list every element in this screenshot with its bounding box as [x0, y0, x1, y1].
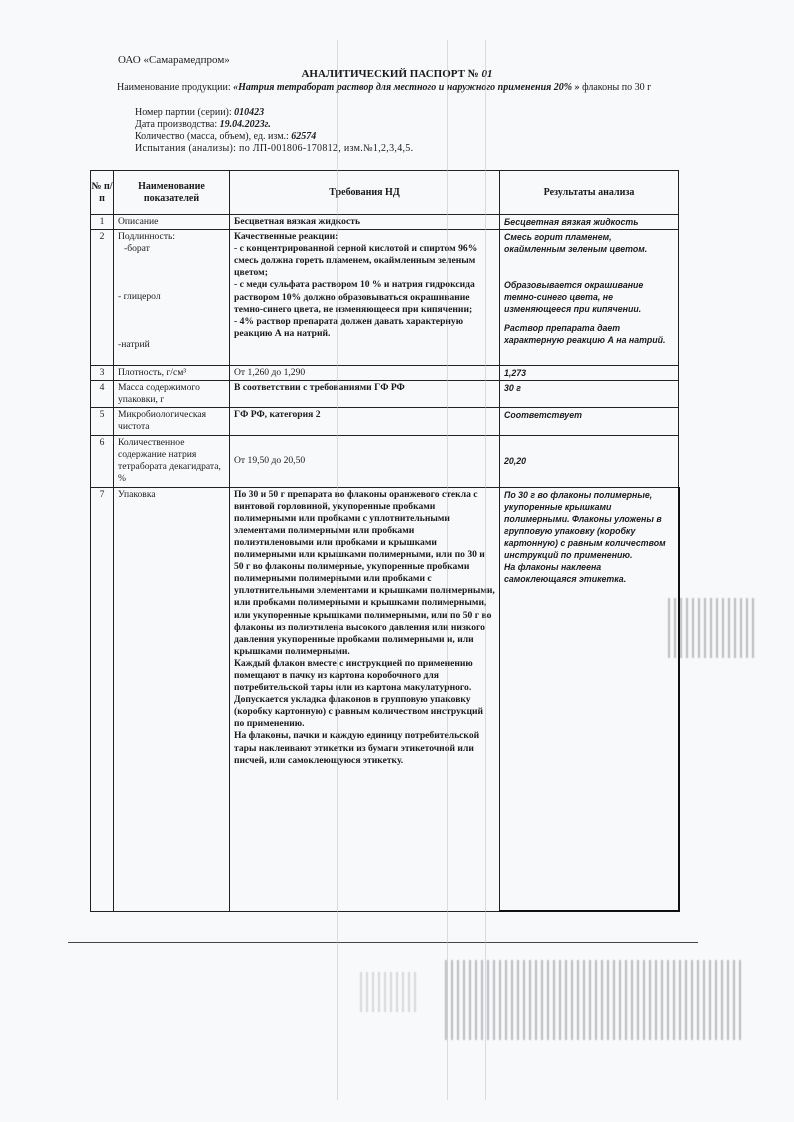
table-row: 7 Упаковка По 30 и 50 г препарата во фла…: [91, 487, 679, 911]
result: Бесцветная вязкая жидкость: [500, 215, 679, 230]
indicator-name: Упаковка: [114, 487, 230, 911]
table-row: 3 Плотность, г/см³ От 1,260 до 1,290 1,2…: [91, 366, 679, 381]
row-number: 5: [91, 408, 114, 435]
tests-value: по ЛП-001806-170812, изм.№1,2,3,4,5.: [239, 143, 413, 154]
requirement-borate: - с концентрированной серной кислотой и …: [234, 243, 495, 279]
requirement-sodium: - 4% раствор препарата должен давать хар…: [234, 316, 495, 340]
result: Смесь горит пламенем, окаймленным зелены…: [500, 230, 679, 366]
row-number: 1: [91, 215, 114, 230]
result: 30 г: [500, 381, 679, 408]
indicator-name: Количественное содержание натрия тетрабо…: [114, 435, 230, 487]
requirement: Качественные реакции: - с концентрирован…: [230, 230, 500, 366]
col-header-indicator: Наименование показателей: [114, 171, 230, 215]
row-number: 2: [91, 230, 114, 366]
analysis-table: № п/ п Наименование показателей Требован…: [90, 170, 680, 912]
title-prefix: АНАЛИТИЧЕСКИЙ ПАСПОРТ №: [301, 68, 478, 80]
col-header-number: № п/ п: [91, 171, 114, 215]
row-number: 7: [91, 487, 114, 911]
quantity-label: Количество (масса, объем), ед. изм.:: [135, 131, 289, 142]
bottom-divider: [68, 942, 698, 943]
indicator-name: Подлинность: -борат - глицерол -натрий: [114, 230, 230, 366]
product-suffix: флаконы по 30 г: [582, 82, 651, 93]
table-row: 5 Микробиологическая чистота ГФ РФ, кате…: [91, 408, 679, 435]
row-number: 4: [91, 381, 114, 408]
table-row: 4 Масса содержимого упаковки, г В соотве…: [91, 381, 679, 408]
date-value: 19.04.2023г.: [220, 119, 271, 130]
requirement: В соответствии с требованиями ГФ РФ: [230, 381, 500, 408]
result: 1,273: [500, 366, 679, 381]
document-title: АНАЛИТИЧЕСКИЙ ПАСПОРТ № 01: [0, 68, 794, 80]
table-row: 1 Описание Бесцветная вязкая жидкость Бе…: [91, 215, 679, 230]
batch-value: 010423: [234, 107, 264, 118]
indicator-sub-sodium: -натрий: [118, 339, 225, 351]
col-header-results: Результаты анализа: [500, 171, 679, 215]
requirement: От 1,260 до 1,290: [230, 366, 500, 381]
product-value: «Натрия тетраборат раствор для местного …: [233, 82, 579, 93]
scan-fold-line: [485, 40, 486, 1100]
requirement: Бесцветная вязкая жидкость: [230, 215, 500, 230]
col-header-requirements: Требования НД: [230, 171, 500, 215]
row-number: 6: [91, 435, 114, 487]
scan-fold-line: [447, 40, 448, 1100]
table-row: 2 Подлинность: -борат - глицерол -натрий…: [91, 230, 679, 366]
indicator-name: Микробиологическая чистота: [114, 408, 230, 435]
requirement-glycerol: - с меди сульфата раствором 10 % и натри…: [234, 279, 495, 315]
product-label: Наименование продукции:: [117, 82, 231, 93]
scan-noise: [360, 972, 420, 1012]
requirement: По 30 и 50 г препарата во флаконы оранже…: [230, 487, 500, 911]
scan-noise: [668, 598, 758, 658]
product-line: Наименование продукции: «Натрия тетрабор…: [117, 81, 677, 94]
quantity-value: 62574: [291, 131, 316, 142]
indicator-sub-glycerol: - глицерол: [118, 291, 225, 303]
scan-noise: [445, 960, 745, 1040]
indicator-title: Подлинность:: [118, 231, 225, 243]
requirement-head: Качественные реакции:: [234, 231, 495, 243]
result: По 30 г во флаконы полимерные, укупоренн…: [500, 487, 679, 911]
indicator-sub-borate: -борат: [118, 243, 225, 255]
result-sodium: Раствор препарата дает характерную реакц…: [504, 322, 674, 346]
passport-number: 01: [482, 68, 493, 80]
result-borate: Смесь горит пламенем, окаймленным зелены…: [504, 231, 674, 255]
indicator-name: Плотность, г/см³: [114, 366, 230, 381]
result-glycerol: Образовывается окрашивание темно-синего …: [504, 279, 674, 315]
requirement: От 19,50 до 20,50: [230, 435, 500, 487]
row-number: 3: [91, 366, 114, 381]
company-name: ОАО «Самарамедпром»: [118, 54, 230, 66]
indicator-name: Масса содержимого упаковки, г: [114, 381, 230, 408]
scan-fold-line: [337, 40, 338, 1100]
result: Соответствует: [500, 408, 679, 435]
table-row: 6 Количественное содержание натрия тетра…: [91, 435, 679, 487]
tests-label: Испытания (анализы):: [135, 143, 236, 154]
batch-label: Номер партии (серии):: [135, 107, 232, 118]
table-header-row: № п/ п Наименование показателей Требован…: [91, 171, 679, 215]
requirement: ГФ РФ, категория 2: [230, 408, 500, 435]
date-label: Дата производства:: [135, 119, 217, 130]
tests-line: Испытания (анализы): по ЛП-001806-170812…: [135, 142, 413, 155]
result: 20,20: [500, 435, 679, 487]
indicator-name: Описание: [114, 215, 230, 230]
